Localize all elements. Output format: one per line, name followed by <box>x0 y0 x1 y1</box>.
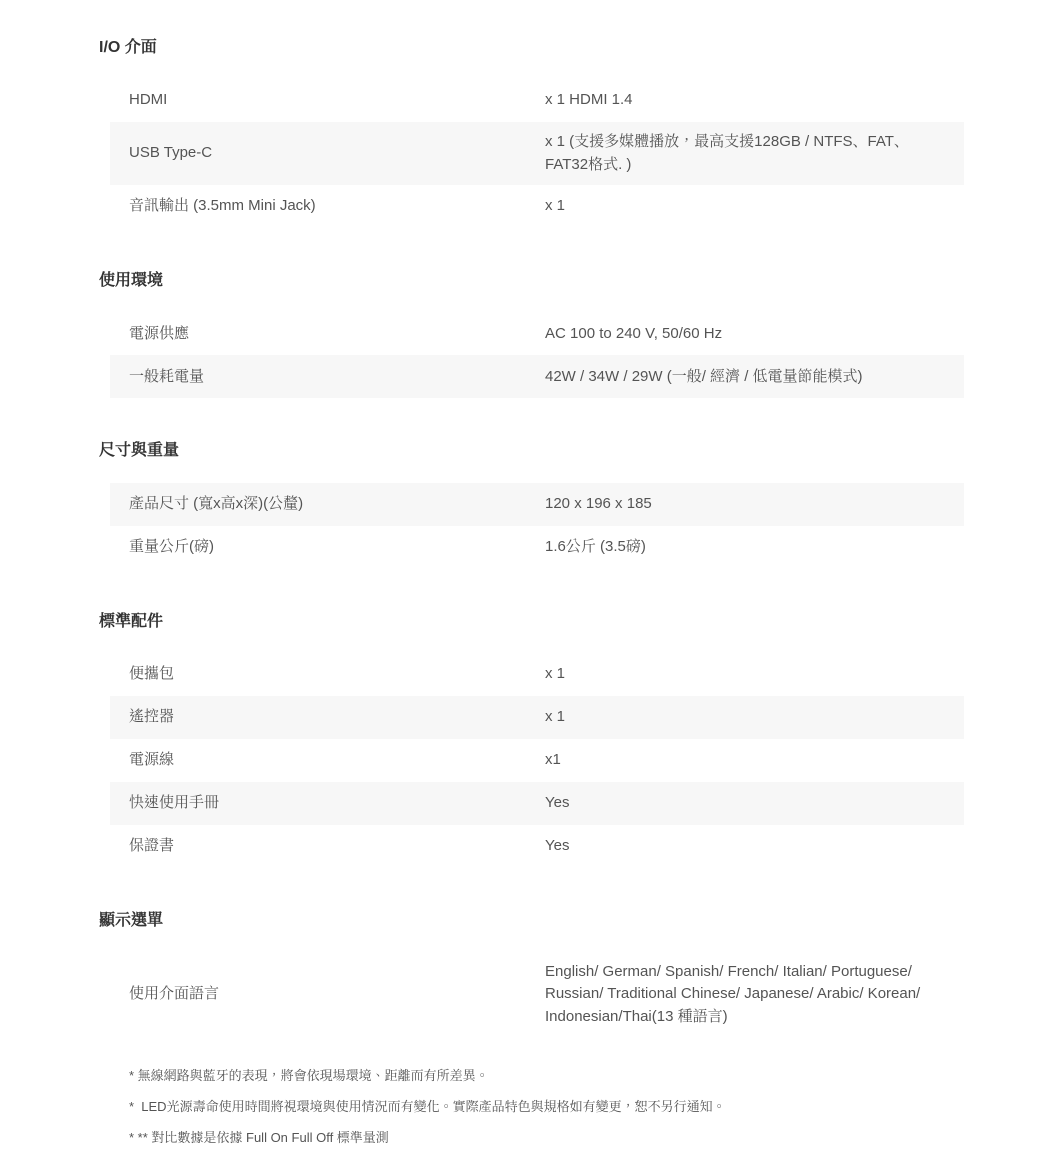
spec-row: HDMIx 1 HDMI 1.4 <box>110 79 964 122</box>
footnote: * 無線網路與藍牙的表現，將會依現場環境、距離而有所差異。 <box>129 1067 920 1085</box>
spec-table: 使用介面語言English/ German/ Spanish/ French/ … <box>110 952 964 1038</box>
spec-value: 120 x 196 x 185 <box>545 493 940 516</box>
section-title: 使用環境 <box>99 271 1040 290</box>
spec-section: 尺寸與重量產品尺寸 (寬x高x深)(公釐)120 x 196 x 185重量公斤… <box>0 441 1040 568</box>
spec-label: 電源供應 <box>129 323 545 346</box>
spec-value: x 1 HDMI 1.4 <box>545 89 940 112</box>
spec-label: 保證書 <box>129 835 545 858</box>
spec-row: 一般耗電量42W / 34W / 29W (一般/ 經濟 / 低電量節能模式) <box>110 355 964 398</box>
spec-label: 使用介面語言 <box>129 983 545 1006</box>
spec-row: 便攜包x 1 <box>110 653 964 696</box>
spec-value: x1 <box>545 749 940 772</box>
spec-label: 一般耗電量 <box>129 366 545 389</box>
section-title: 顯示選單 <box>99 911 1040 930</box>
footnote: * ** 對比數據是依據 Full On Full Off 標準量測 <box>129 1129 920 1147</box>
spec-label: 快速使用手冊 <box>129 792 545 815</box>
footnote: * LED光源壽命使用時間將視環境與使用情況而有變化。實際產品特色與規格如有變更… <box>129 1098 920 1116</box>
spec-page: I/O 介面HDMIx 1 HDMI 1.4USB Type-Cx 1 (支援多… <box>0 0 1040 1146</box>
spec-value: 1.6公斤 (3.5磅) <box>545 536 940 559</box>
spec-label: 音訊輸出 (3.5mm Mini Jack) <box>129 195 545 218</box>
spec-value: x 1 <box>545 195 940 218</box>
spec-row: 保證書Yes <box>110 825 964 868</box>
spec-label: 遙控器 <box>129 706 545 729</box>
spec-value: x 1 <box>545 663 940 686</box>
spec-value: English/ German/ Spanish/ French/ Italia… <box>545 961 940 1029</box>
footnotes: * 無線網路與藍牙的表現，將會依現場環境、距離而有所差異。* LED光源壽命使用… <box>129 1067 920 1146</box>
spec-row: 遙控器x 1 <box>110 696 964 739</box>
spec-row: 產品尺寸 (寬x高x深)(公釐)120 x 196 x 185 <box>110 483 964 526</box>
spec-value: Yes <box>545 835 940 858</box>
spec-value: AC 100 to 240 V, 50/60 Hz <box>545 323 940 346</box>
spec-table: 產品尺寸 (寬x高x深)(公釐)120 x 196 x 185重量公斤(磅)1.… <box>110 483 964 569</box>
spec-label: 重量公斤(磅) <box>129 536 545 559</box>
spec-value: 42W / 34W / 29W (一般/ 經濟 / 低電量節能模式) <box>545 366 940 389</box>
section-title: I/O 介面 <box>99 38 1040 57</box>
spec-section: 使用環境電源供應AC 100 to 240 V, 50/60 Hz一般耗電量42… <box>0 271 1040 398</box>
spec-label: USB Type-C <box>129 142 545 165</box>
spec-table: HDMIx 1 HDMI 1.4USB Type-Cx 1 (支援多媒體播放，最… <box>110 79 964 228</box>
spec-label: HDMI <box>129 89 545 112</box>
spec-table: 電源供應AC 100 to 240 V, 50/60 Hz一般耗電量42W / … <box>110 312 964 398</box>
spec-row: 音訊輸出 (3.5mm Mini Jack)x 1 <box>110 185 964 228</box>
spec-section: 標準配件便攜包x 1遙控器x 1電源線x1快速使用手冊Yes保證書Yes <box>0 612 1040 868</box>
spec-row: 重量公斤(磅)1.6公斤 (3.5磅) <box>110 526 964 569</box>
spec-row: 快速使用手冊Yes <box>110 782 964 825</box>
section-title: 尺寸與重量 <box>99 441 1040 460</box>
spec-label: 產品尺寸 (寬x高x深)(公釐) <box>129 493 545 516</box>
spec-table: 便攜包x 1遙控器x 1電源線x1快速使用手冊Yes保證書Yes <box>110 653 964 868</box>
section-title: 標準配件 <box>99 612 1040 631</box>
spec-section: I/O 介面HDMIx 1 HDMI 1.4USB Type-Cx 1 (支援多… <box>0 38 1040 228</box>
spec-row: 電源供應AC 100 to 240 V, 50/60 Hz <box>110 312 964 355</box>
spec-row: USB Type-Cx 1 (支援多媒體播放，最高支援128GB / NTFS、… <box>110 122 964 185</box>
spec-label: 便攜包 <box>129 663 545 686</box>
spec-value: Yes <box>545 792 940 815</box>
spec-section: 顯示選單使用介面語言English/ German/ Spanish/ Fren… <box>0 911 1040 1038</box>
spec-label: 電源線 <box>129 749 545 772</box>
spec-value: x 1 <box>545 706 940 729</box>
spec-row: 電源線x1 <box>110 739 964 782</box>
spec-value: x 1 (支援多媒體播放，最高支援128GB / NTFS、FAT、FAT32格… <box>545 131 940 176</box>
spec-row: 使用介面語言English/ German/ Spanish/ French/ … <box>110 952 964 1038</box>
spec-sections: I/O 介面HDMIx 1 HDMI 1.4USB Type-Cx 1 (支援多… <box>0 38 1040 1037</box>
